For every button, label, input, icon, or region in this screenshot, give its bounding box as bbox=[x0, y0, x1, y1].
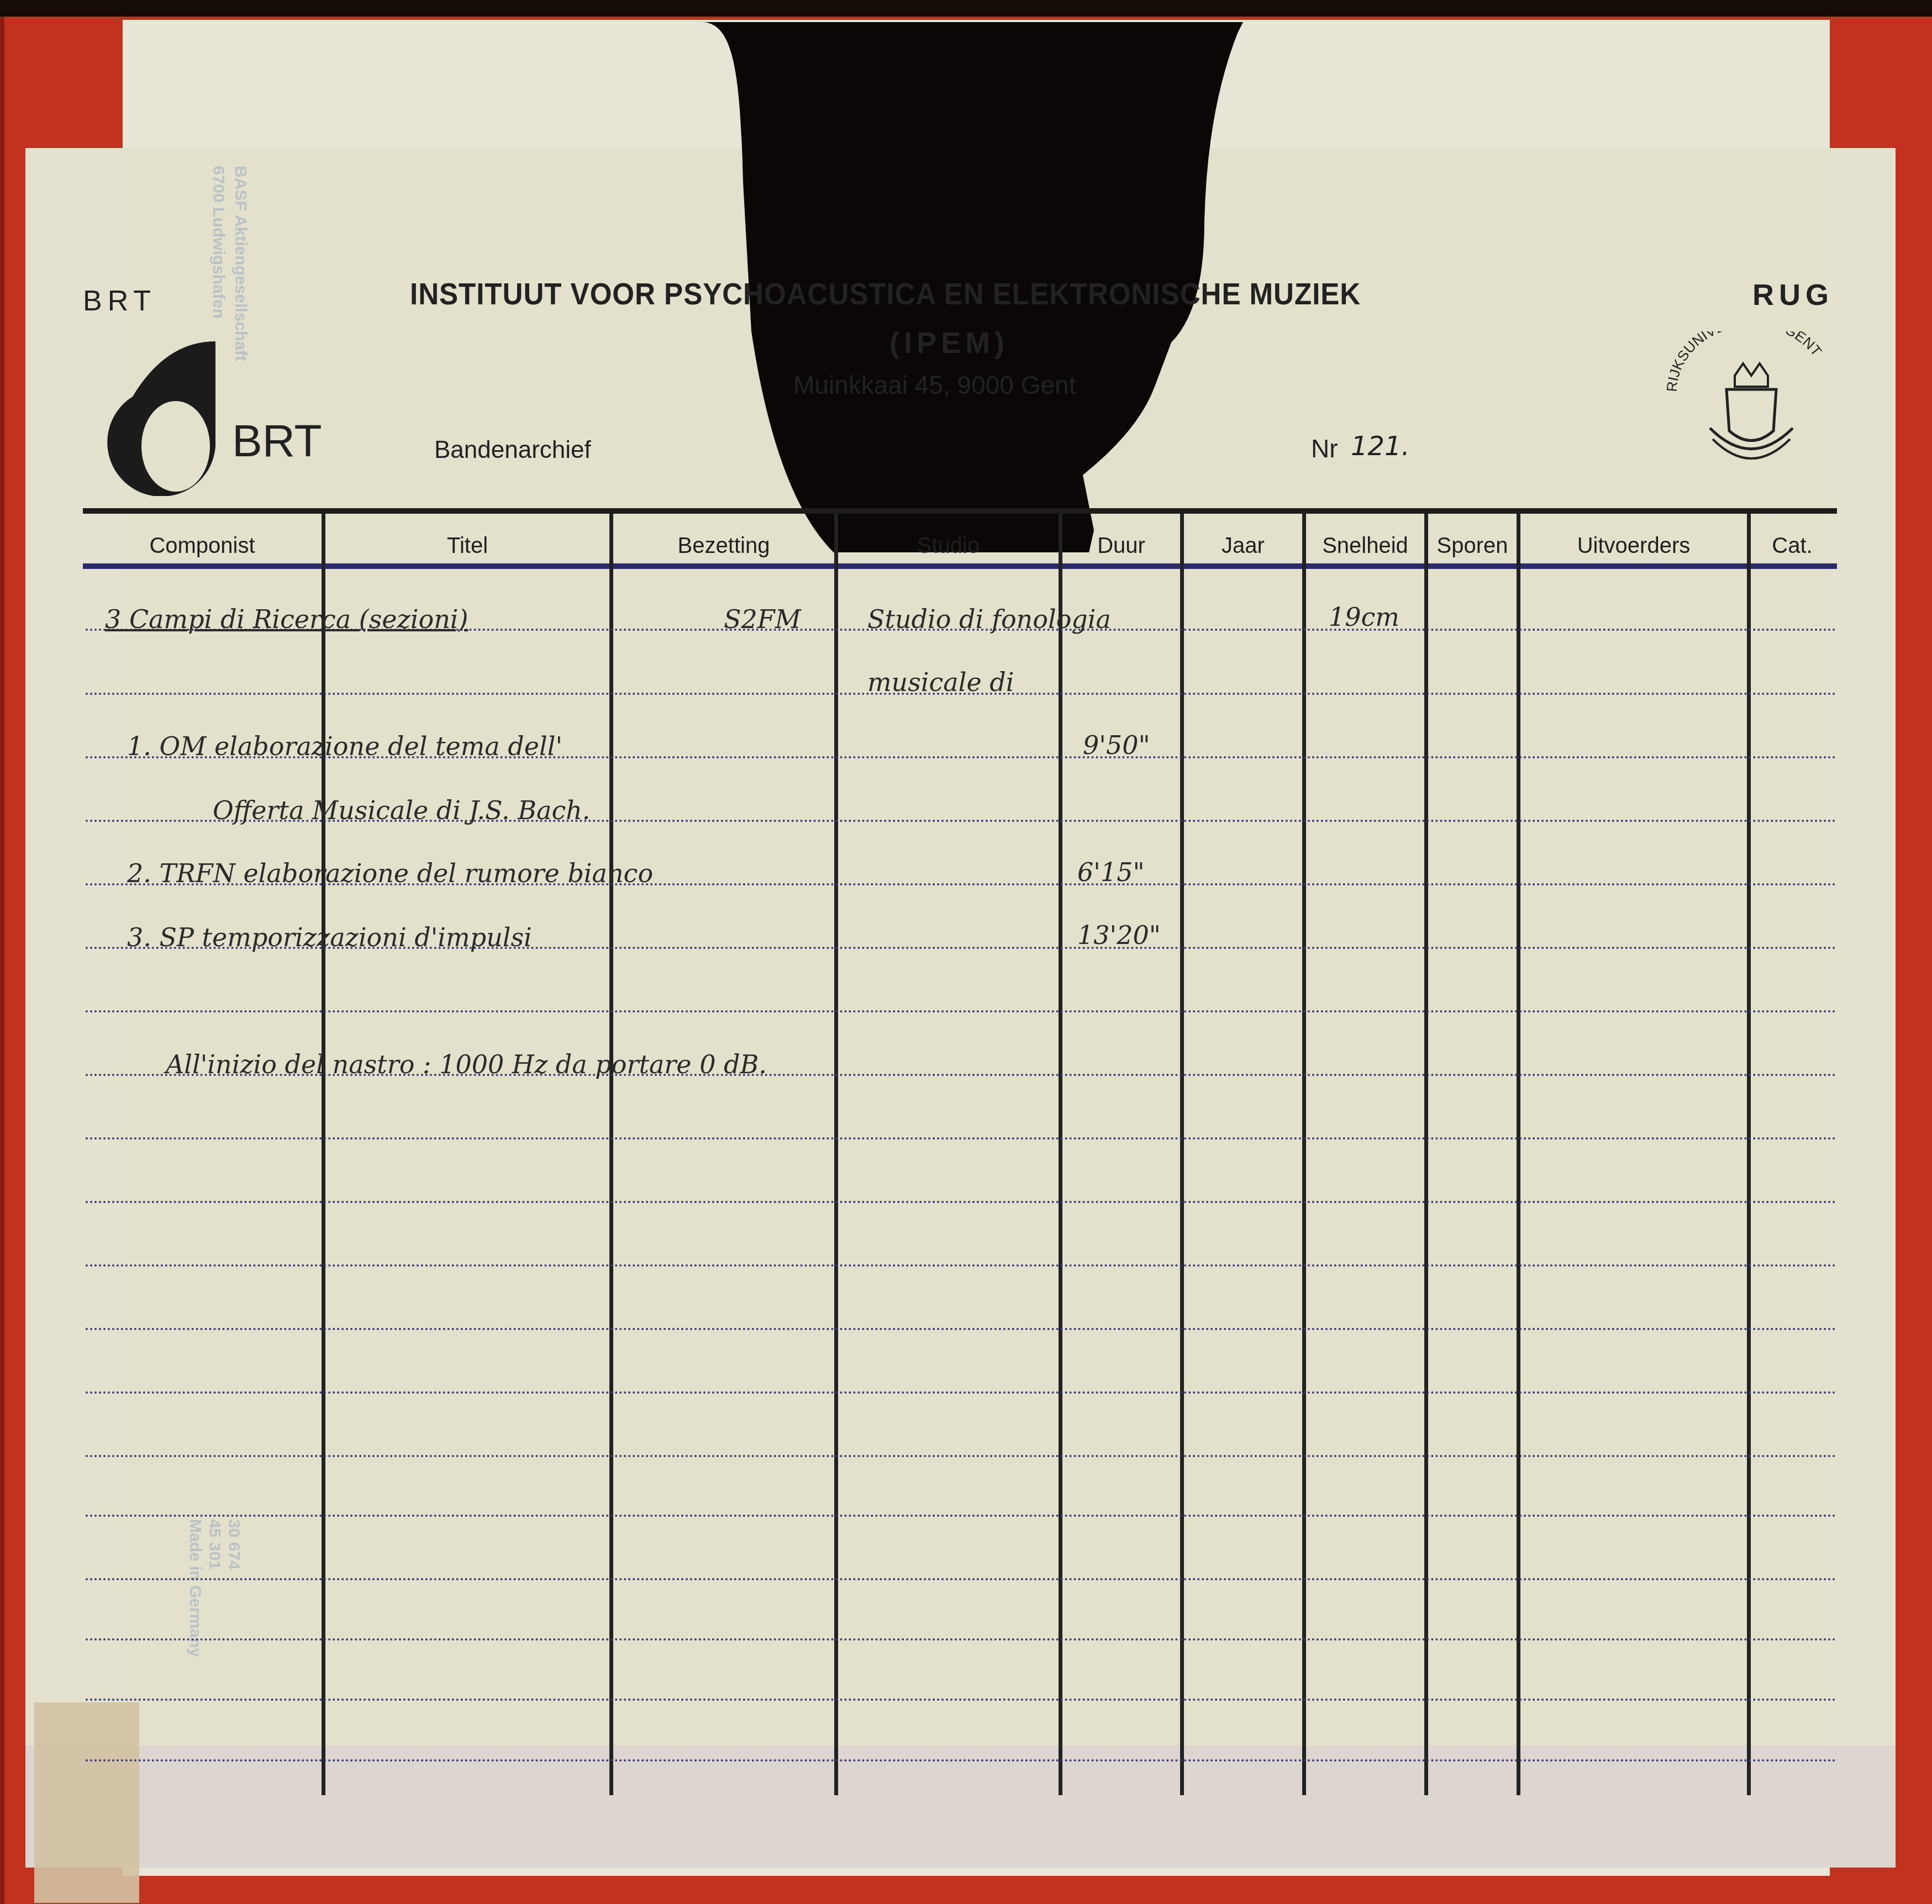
ruled-line bbox=[86, 1264, 1837, 1267]
column-divider bbox=[1424, 514, 1428, 1795]
ruled-line bbox=[86, 1759, 1837, 1761]
watermark-bottom-line1: 30 674 bbox=[224, 1519, 243, 1570]
entry-title: 3 Campi di Ricerca (sezioni) bbox=[105, 604, 468, 634]
column-header-bezetting: Bezetting bbox=[613, 534, 834, 558]
column-divider bbox=[609, 514, 613, 1795]
ruled-line bbox=[86, 1328, 1837, 1330]
column-header-titel: Titel bbox=[325, 534, 609, 558]
track-1-duration: 9'50" bbox=[1083, 730, 1150, 760]
track-3-title: 3. SP temporizzazioni d'impulsi bbox=[127, 922, 532, 952]
column-header-jaar: Jaar bbox=[1184, 534, 1302, 558]
brt-small-label: BRT bbox=[83, 284, 156, 318]
tape-note: All'inizio del nastro : 1000 Hz da porta… bbox=[166, 1049, 767, 1079]
entry-studio-cont: musicale di bbox=[867, 667, 1014, 697]
entry-snelheid: 19cm bbox=[1329, 602, 1399, 632]
ruled-line bbox=[86, 1638, 1837, 1641]
tape-patch bbox=[34, 1702, 139, 1903]
column-divider bbox=[1517, 514, 1520, 1795]
ruled-line bbox=[86, 1137, 1837, 1140]
rug-label: RUG bbox=[1752, 278, 1834, 312]
track-2-duration: 6'15" bbox=[1077, 857, 1145, 887]
ruled-line bbox=[86, 1010, 1837, 1012]
number-label: Nr bbox=[1311, 434, 1338, 463]
column-divider bbox=[1302, 514, 1306, 1795]
column-header-duur: Duur bbox=[1062, 534, 1180, 558]
svg-text:RIJKSUNIVERSITEIT-GENT: RIJKSUNIVERSITEIT-GENT bbox=[1663, 331, 1825, 393]
seal-text: RIJKSUNIVERSITEIT-GENT bbox=[1663, 331, 1825, 393]
brt-logo-icon bbox=[105, 341, 227, 496]
ruled-line bbox=[86, 1699, 1837, 1701]
ruled-line bbox=[86, 1515, 1837, 1517]
column-header-uitvoerders: Uitvoerders bbox=[1520, 534, 1747, 558]
column-header-componist: Componist bbox=[83, 534, 322, 558]
column-header-rule bbox=[83, 563, 1837, 569]
archive-label: Bandenarchief bbox=[434, 436, 591, 464]
watermark-bottom-line3: Made in Germany bbox=[186, 1519, 204, 1657]
column-divider bbox=[1059, 514, 1062, 1795]
column-header-snelheid: Snelheid bbox=[1306, 534, 1424, 558]
entry-studio: Studio di fonologia bbox=[867, 604, 1111, 634]
ruled-line bbox=[86, 1578, 1837, 1580]
track-1-title: 1. OM elaborazione del tema dell' bbox=[127, 731, 562, 761]
header-rule bbox=[83, 508, 1837, 514]
university-seal-icon: RIJKSUNIVERSITEIT-GENT bbox=[1660, 331, 1842, 475]
number-value: 121. bbox=[1351, 431, 1410, 462]
entry-bezetting: S2FM bbox=[724, 604, 801, 634]
institute-abbrev: (IPEM) bbox=[889, 326, 1009, 360]
track-3-duration: 13'20" bbox=[1077, 920, 1161, 950]
column-divider bbox=[834, 514, 838, 1795]
column-header-sporen: Sporen bbox=[1428, 534, 1517, 558]
institute-address: Muinkkaai 45, 9000 Gent bbox=[793, 370, 1076, 400]
watermark-line1: BASF Aktiengesellschaft bbox=[231, 166, 250, 361]
ruled-line bbox=[86, 1391, 1837, 1394]
track-2-title: 2. TRFN elaborazione del rumore bianco bbox=[127, 858, 653, 888]
brt-logo-text: BRT bbox=[232, 415, 322, 467]
institute-title: INSTITUUT VOOR PSYCHOACUSTICA EN ELEKTRO… bbox=[410, 276, 1361, 312]
column-header-studio: Studio bbox=[838, 534, 1059, 558]
watermark-line2: 6700 Ludwigshafen bbox=[209, 166, 228, 319]
column-divider bbox=[1747, 514, 1751, 1795]
card-bottom-band bbox=[25, 1745, 1896, 1868]
ruled-line bbox=[86, 1201, 1837, 1203]
column-divider bbox=[322, 514, 325, 1795]
watermark-bottom-line2: 45 301 bbox=[205, 1519, 224, 1570]
column-divider bbox=[1180, 514, 1184, 1795]
ruled-line bbox=[86, 1455, 1837, 1457]
track-1-title-cont: Offerta Musicale di J.S. Bach. bbox=[213, 795, 590, 825]
column-header-cat: Cat. bbox=[1751, 534, 1834, 558]
